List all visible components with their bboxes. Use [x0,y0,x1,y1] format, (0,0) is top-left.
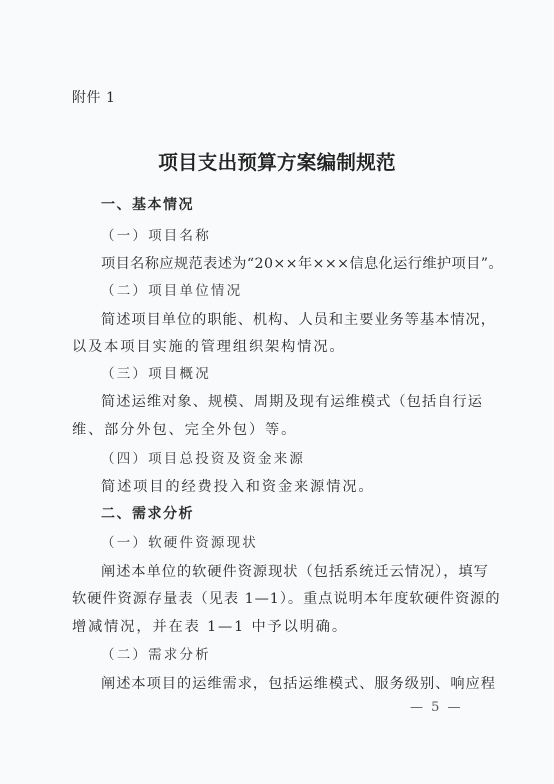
subsection-heading-needs: （二）需求分析 [101,645,483,665]
paragraph-line: 简述项目单位的职能、机构、人员和主要业务等基本情况， [101,310,483,330]
subsection-heading-unit-info: （二）项目单位情况 [101,281,483,301]
paragraph-line: 以及本项目实施的管理组织架构情况。 [72,337,483,357]
subsection-heading-overview: （三）项目概况 [101,364,483,384]
document-title: 项目支出预算方案编制规范 [0,151,554,175]
attachment-label: 附件 1 [72,88,483,108]
paragraph-line: 阐述本项目的运维需求，包括运维模式、服务级别、响应程 [101,674,483,694]
subsection-heading-project-name: （一）项目名称 [101,226,483,246]
paragraph-line: 阐述本单位的软硬件资源现状（包括系统迁云情况），填写 [101,562,483,582]
paragraph-line: 简述项目的经费投入和资金来源情况。 [101,477,483,497]
paragraph-line: 简述运维对象、规模、周期及现有运维模式（包括自行运 [101,392,483,412]
section-heading-requirements: 二、需求分析 [101,504,483,524]
paragraph-line: 项目名称应规范表述为“20××年×××信息化运行维护项目”。 [101,254,483,274]
paragraph-line: 软硬件资源存量表（见表 1—1）。重点说明本年度软硬件资源的 [72,589,483,609]
subsection-heading-resources: （一）软硬件资源现状 [101,533,483,553]
document-page: 附件 1 项目支出预算方案编制规范 一、基本情况 （一）项目名称 项目名称应规范… [0,0,554,784]
paragraph-line: 增减情况，并在表 1—1 中予以明确。 [72,617,483,637]
section-heading-basic-info: 一、基本情况 [101,195,483,215]
paragraph-line: 维、部分外包、完全外包）等。 [72,420,483,440]
subsection-heading-investment: （四）项目总投资及资金来源 [101,449,483,469]
page-number: — 5 — [410,699,463,717]
